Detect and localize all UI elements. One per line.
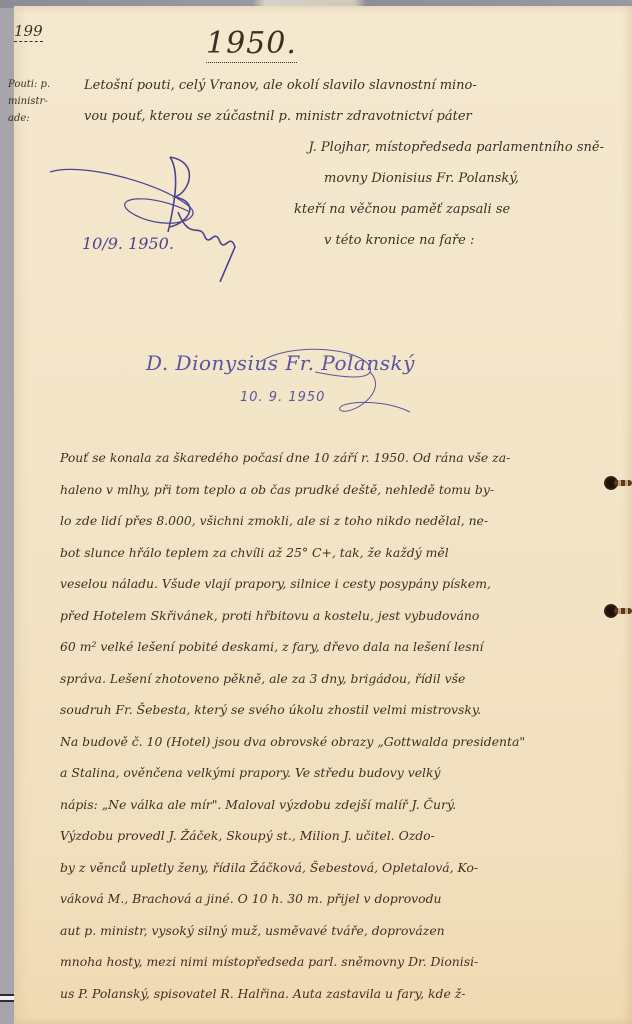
body-line: nápis: „Ne válka ale mír". Maloval výzdo… (60, 789, 620, 821)
body-line: 60 m² velké lešení pobité deskami, z far… (60, 631, 620, 663)
scanner-edge-left (0, 8, 14, 1024)
body-line: soudruh Fr. Šebesta, který se svého úkol… (60, 694, 620, 726)
chronicle-page: 199 1950. Pouti: p. ministr- ade: Letošn… (14, 6, 632, 1024)
body-line: by z věnců upletly ženy, řídila Žáčková,… (60, 852, 620, 884)
margin-note-line: Pouti: p. (8, 76, 66, 93)
body-line: veselou náladu. Všude vlají prapory, sil… (60, 568, 620, 600)
body-line: us P. Polanský, spisovatel R. Halřina. A… (60, 978, 620, 1010)
body-line: váková M., Brachová a jiné. O 10 h. 30 m… (60, 883, 620, 915)
body-line: Na budově č. 10 (Hotel) jsou dva obrovsk… (60, 726, 620, 758)
signature-plojhar (40, 152, 240, 282)
body-line: a Stalina, ověnčena velkými prapory. Ve … (60, 757, 620, 789)
body-line: před Hotelem Skřivánek, proti hřbitovu a… (60, 600, 620, 632)
body-line: správa. Lešení zhotoveno pěkně, ale za 3… (60, 663, 620, 695)
signature-2-name: D. Dionysius Fr. Polanský (146, 351, 415, 375)
signature-1-date: 10/9. 1950. (82, 234, 174, 253)
binding-thread-icon (614, 608, 632, 614)
margin-note-line: ade: (8, 110, 66, 127)
body-line: mnoha hosty, mezi nimi místopředseda par… (60, 946, 620, 978)
body-line: aut p. ministr, vysoký silný muž, usměva… (60, 915, 620, 947)
body-line: haleno v mlhy, při tom teplo a ob čas pr… (60, 474, 620, 506)
book-ribbon (0, 994, 14, 1002)
body-line: Pouť se konala za škaredého počasí dne 1… (60, 442, 620, 474)
margin-note: Pouti: p. ministr- ade: (8, 76, 66, 127)
intro-line: vou pouť, kterou se zúčastnil p. ministr… (84, 109, 624, 140)
year-heading: 1950. (206, 26, 297, 63)
body-line: bot slunce hřálo teplem za chvíli až 25°… (60, 537, 620, 569)
binding-thread-icon (614, 480, 632, 486)
signature-2-date: 10. 9. 1950 (240, 390, 325, 405)
body-line: lo zde lidí přes 8.000, všichni zmokli, … (60, 505, 620, 537)
margin-note-line: ministr- (8, 93, 66, 110)
page-number: 199 (14, 22, 43, 42)
body-line: Výzdobu provedl J. Žáček, Skoupý st., Mi… (60, 820, 620, 852)
intro-line: Letošní pouti, celý Vranov, ale okolí sl… (84, 78, 624, 109)
chronicle-body: Pouť se konala za škaredého počasí dne 1… (60, 442, 620, 1009)
